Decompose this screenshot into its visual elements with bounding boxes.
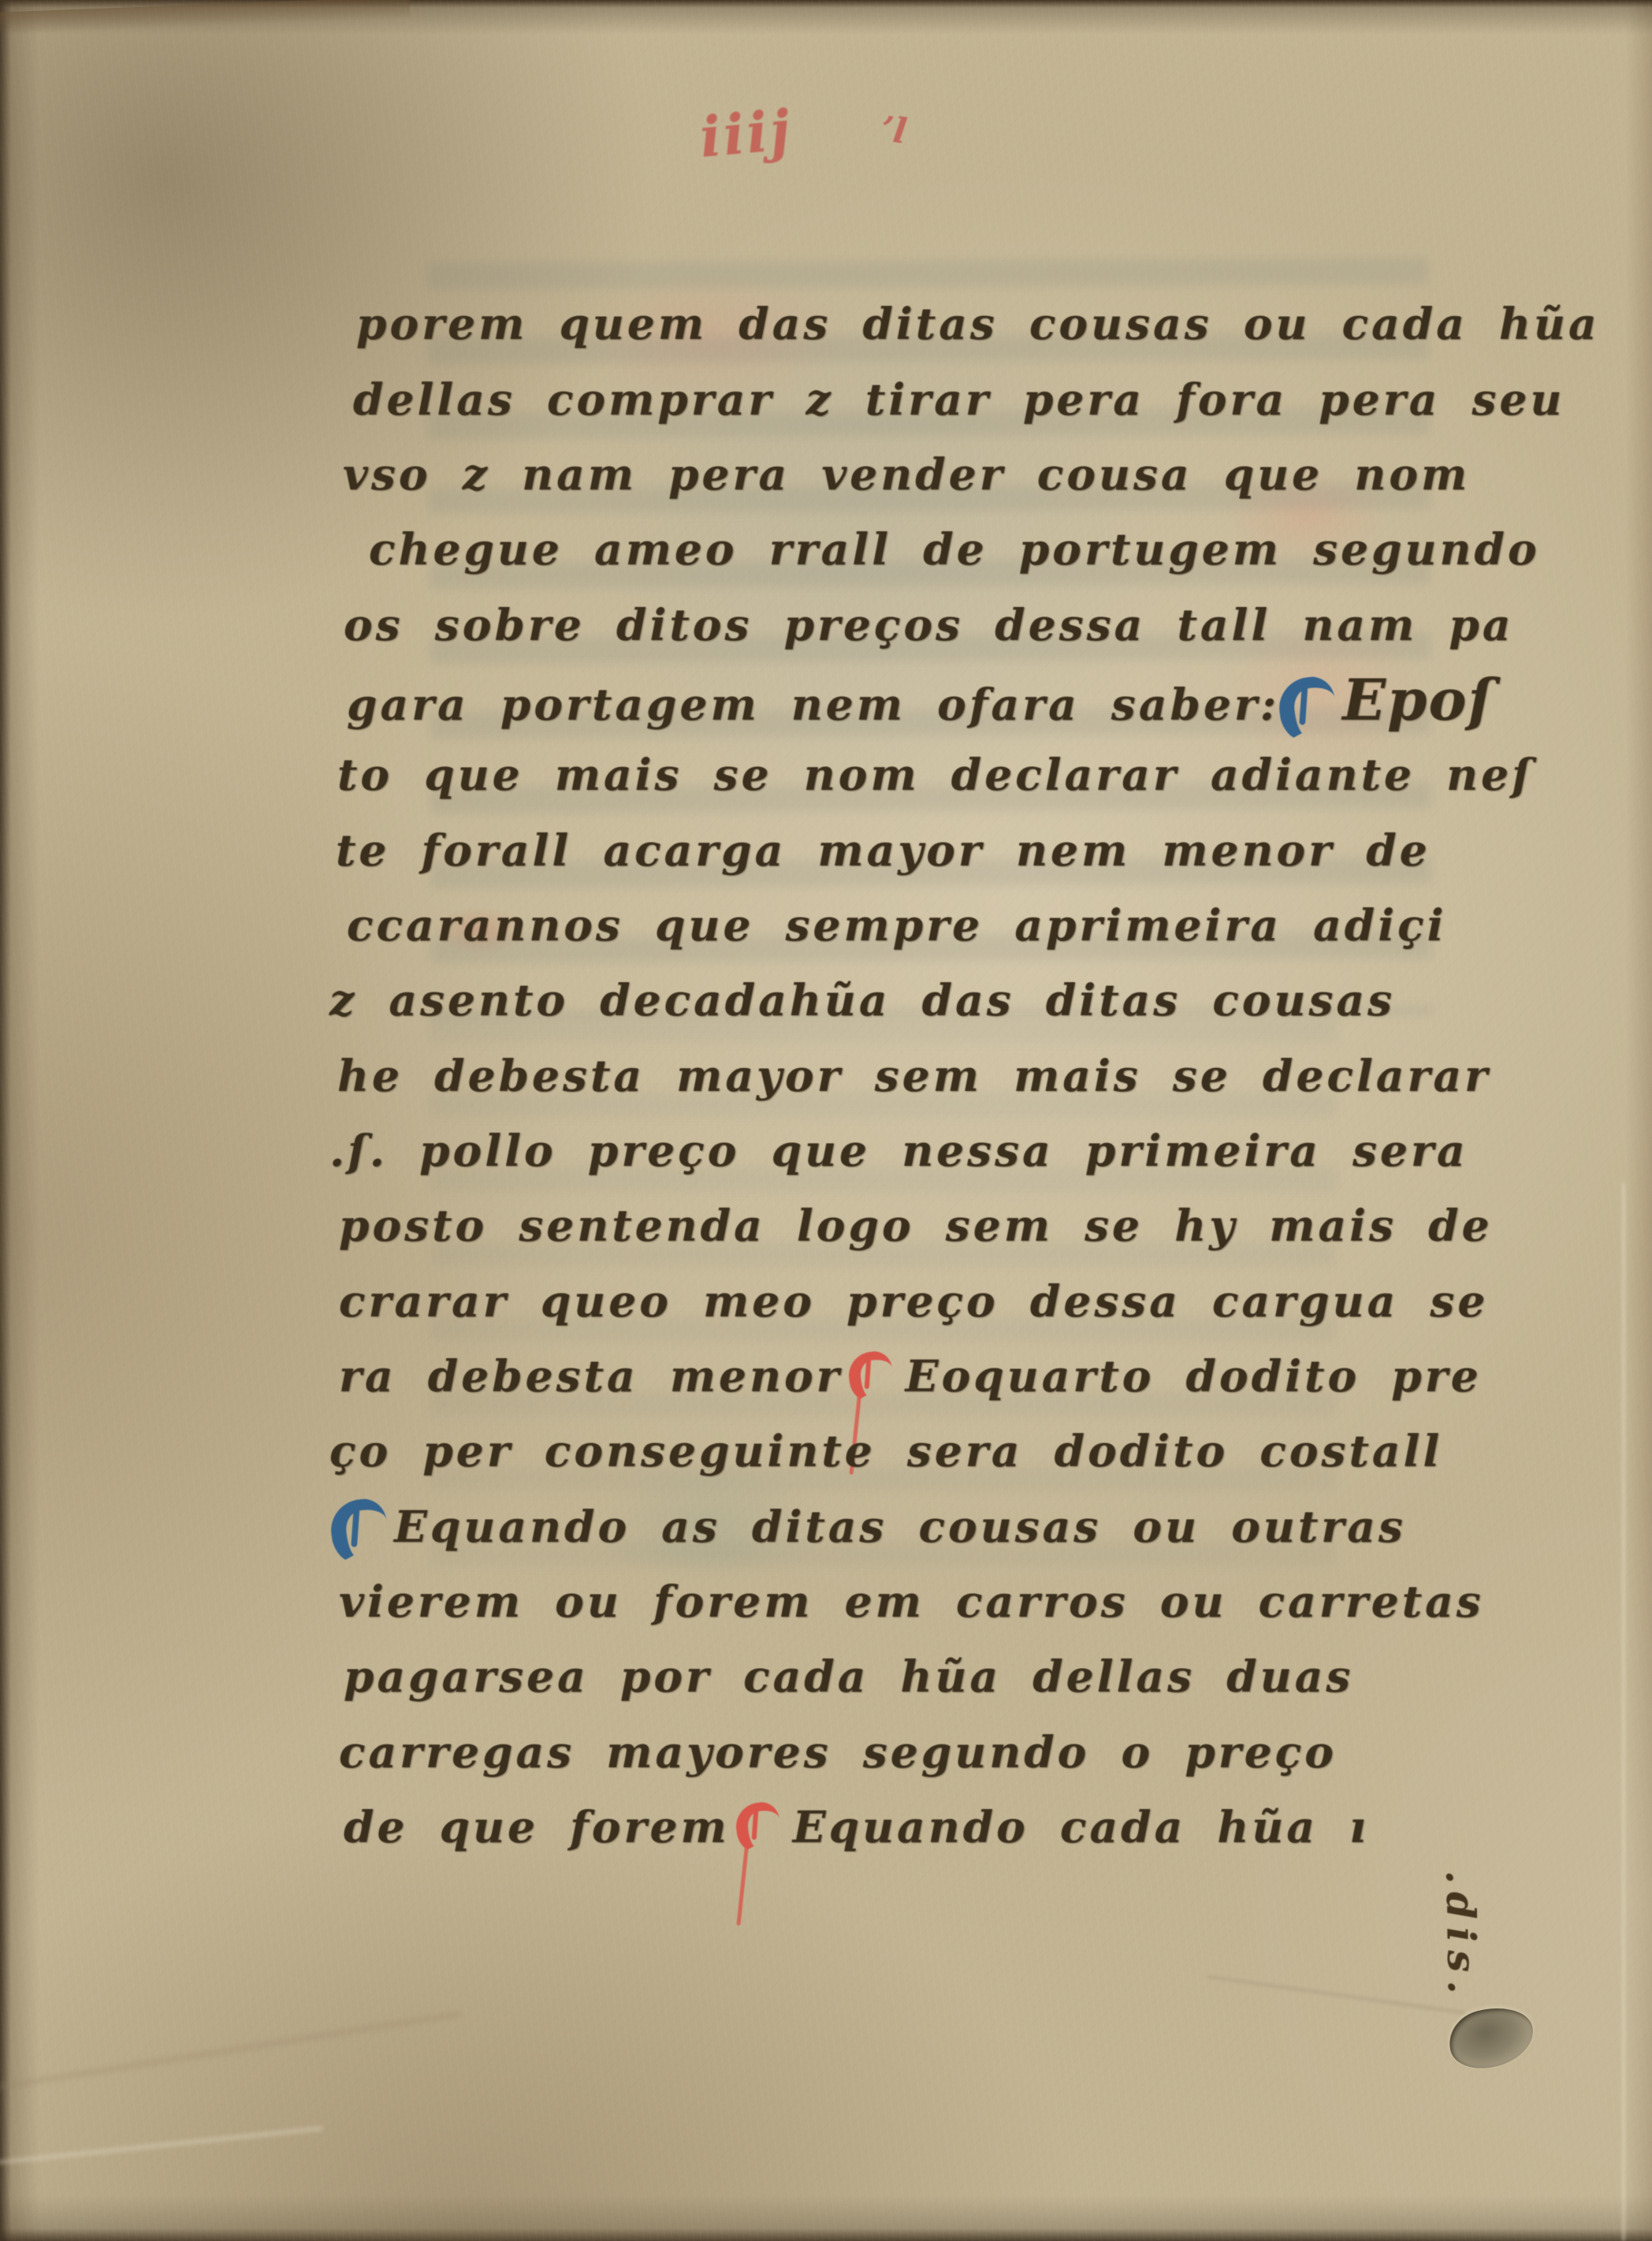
capitulum-red-mark-icon [736,1803,780,1852]
manuscript-text-line: carregas mayores segundo o preço [339,1718,1337,1786]
text-segment: ra debesta menor [339,1350,843,1402]
text-segment: posto sentenda logo sem se hy mais de [339,1200,1493,1251]
manuscript-text-line: gara portagem nem ofara saber:Epoſ [347,666,1494,739]
text-segment: os sobre ditos preços dessa tall nam pa [344,599,1514,650]
text-segment: porem quem das ditas cousas ou cada hũa [356,298,1600,349]
capitulum-blue-mark-icon [1279,677,1336,739]
capitulum-red-mark-icon [849,1352,893,1401]
text-segment: Equando as ditas cousas ou outras [394,1501,1406,1552]
text-segment: dellas comprar z tirar pera fora pera se… [353,374,1565,425]
text-segment: te forall acarga mayor nem menor de [336,825,1431,876]
text-block: porem quem das ditas cousas ou cada hũad… [0,0,1652,2241]
text-segment: gara portagem nem ofara saber: [347,679,1279,730]
text-segment: Equando cada hũa ı [793,1801,1369,1852]
text-segment: vso z nam pera vender cousa que nom [343,449,1470,500]
manuscript-text-line: to que mais se nom declarar adiante neſ [337,741,1534,809]
manuscript-text-line: te forall acarga mayor nem menor de [336,817,1431,884]
manuscript-text-line: dellas comprar z tirar pera fora pera se… [353,366,1565,434]
text-segment: to que mais se nom declarar adiante neſ [337,749,1534,800]
text-segment: .ſ. pollo preço que nessa primeira sera [329,1125,1468,1176]
text-segment: pagarsea por cada hũa dellas duas [344,1651,1353,1702]
text-segment: Eoquarto dodito pre [906,1350,1482,1402]
text-segment: chegue ameo rrall de portugem segundo [369,523,1540,575]
manuscript-text-line: ço per conseguinte sera dodito costall [329,1417,1442,1485]
decorated-initial-word: Epoſ [1342,666,1494,733]
manuscript-text-line: chegue ameo rrall de portugem segundo [369,516,1540,583]
text-segment: ço per conseguinte sera dodito costall [329,1425,1442,1476]
manuscript-text-line: vierem ou forem em carros ou carretas [339,1568,1484,1636]
capitulum-tail [736,1841,749,1926]
text-segment: ccarannos que sempre aprimeira adiçi [347,899,1447,951]
manuscript-text-line: pagarsea por cada hũa dellas duas [344,1643,1353,1711]
manuscript-text-line: .ſ. pollo preço que nessa primeira sera [329,1117,1468,1185]
text-segment: crarar queo meo preço dessa cargua se [339,1275,1488,1327]
capitulum-blue-mark-icon [331,1499,388,1562]
manuscript-scan: iiij ’l porem quem das ditas cousas ou c… [0,0,1652,2241]
manuscript-text-line: z asento decadahũa das ditas cousas [329,966,1395,1034]
manuscript-text-line: ccarannos que sempre aprimeira adiçi [347,892,1447,959]
text-segment: z asento decadahũa das ditas cousas [329,974,1395,1026]
manuscript-text-line: he debesta mayor sem mais se declarar [337,1042,1490,1110]
text-segment: carregas mayores segundo o preço [339,1726,1337,1778]
text-segment: vierem ou forem em carros ou carretas [339,1576,1484,1627]
quire-signature-mark: .dis. [1437,1870,1486,2002]
text-segment: he debesta mayor sem mais se declarar [337,1050,1490,1101]
manuscript-text-line: os sobre ditos preços dessa tall nam pa [344,591,1514,659]
manuscript-text-line: crarar queo meo preço dessa cargua se [339,1268,1488,1335]
manuscript-text-line: ra debesta menorEoquarto dodito pre [339,1342,1482,1410]
manuscript-text-line: porem quem das ditas cousas ou cada hũa [356,290,1600,358]
manuscript-text-line: posto sentenda logo sem se hy mais de [339,1192,1493,1260]
manuscript-text-line: Equando as ditas cousas ou outras [331,1493,1406,1561]
manuscript-text-line: vso z nam pera vender cousa que nom [343,441,1470,508]
text-segment: de que forem [344,1801,730,1852]
manuscript-text-line: de que foremEquando cada hũa ı [344,1793,1369,1861]
